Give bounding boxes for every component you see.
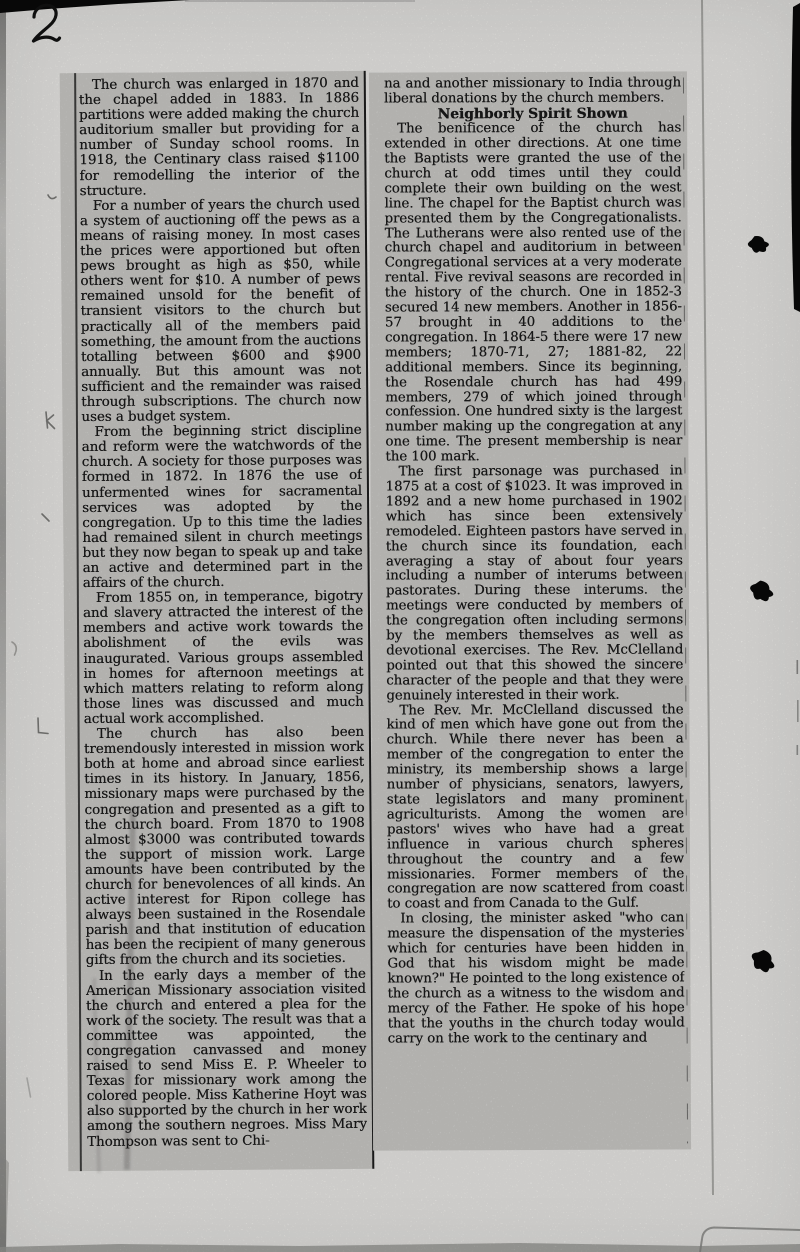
ink-blot — [746, 233, 776, 976]
left-column-text: The church was enlarged in 1870 and the … — [79, 76, 368, 1171]
scanned-newspaper-page: The church was enlarged in 1870 and the … — [0, 0, 800, 1252]
article-paragraph: The first parsonage was purchased in 187… — [385, 464, 683, 704]
page-right-edge-mark — [791, 3, 800, 755]
article-paragraph: For a number of years the church used a … — [80, 197, 362, 426]
right-column-paragraphs: The benificence of the church has extend… — [384, 122, 685, 1047]
article-paragraph: In closing, the minister asked "who can … — [387, 912, 685, 1047]
article-paragraph: In the early days a member of the Americ… — [86, 966, 367, 1149]
article-paragraph: The Rev. Mr. McClelland discussed the ki… — [386, 703, 684, 913]
article-paragraph: From the beginning strict discipline and… — [81, 423, 362, 591]
article-paragraph: The benificence of the church has extend… — [384, 122, 682, 466]
article-paragraph: From 1855 on, in temperance, bigotry and… — [83, 589, 364, 727]
article-paragraph: The church was enlarged in 1870 and the … — [79, 76, 360, 199]
sheet-edge-line — [702, 0, 713, 1195]
handwritten-page-number: 2 — [34, 5, 60, 41]
under-sheet-corner-line — [700, 1228, 800, 1252]
page-left-edge-shadow — [0, 0, 6, 1252]
right-column-text: na and another missionary to India throu… — [384, 76, 685, 1150]
pencil-mark — [12, 195, 56, 1097]
newspaper-clipping-right-column: na and another missionary to India throu… — [369, 71, 691, 1150]
newspaper-clipping-left-column: The church was enlarged in 1870 and the … — [60, 71, 375, 1171]
page-top-edge-mark — [0, 0, 415, 13]
article-paragraph: The church has also been tremendously in… — [84, 725, 366, 969]
continuation-paragraph: na and another missionary to India throu… — [384, 76, 681, 107]
